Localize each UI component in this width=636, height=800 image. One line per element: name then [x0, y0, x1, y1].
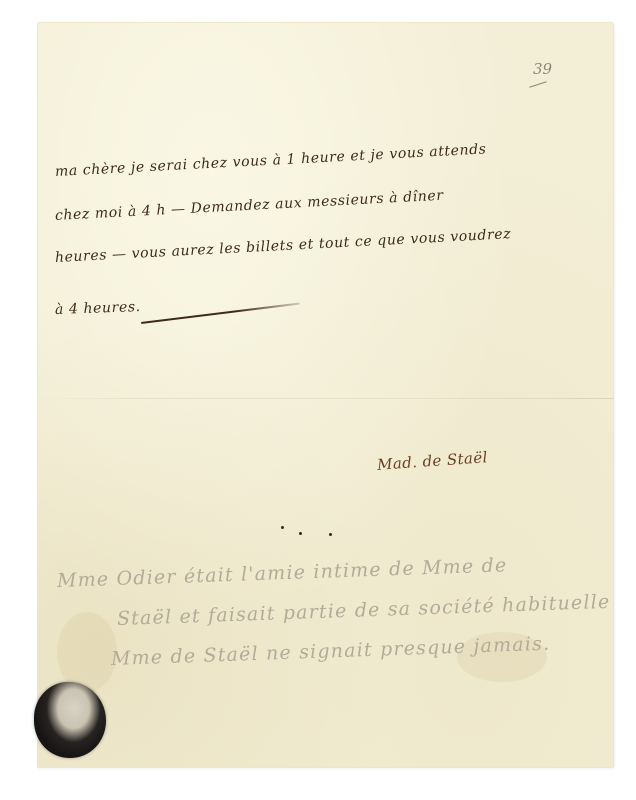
closing-flourish [141, 303, 300, 324]
wax-seal-remnant [34, 682, 106, 758]
ink-dot [299, 532, 302, 535]
paper-fold-line [37, 398, 614, 399]
letter-line-2: chez moi à 4 h — Demandez aux messieurs … [55, 188, 444, 224]
signature: Mad. de Staël [377, 448, 489, 474]
letter-line-1: ma chère je serai chez vous à 1 heure et… [55, 141, 487, 180]
ink-dot [329, 533, 332, 536]
ink-dot [281, 526, 284, 529]
annotation-line-1: Mme Odier était l'amie intime de Mme de [57, 554, 508, 592]
paper-stain [57, 612, 117, 692]
annotation-line-2: Staël et faisait partie de sa société ha… [117, 591, 611, 630]
folio-underline [529, 81, 546, 88]
folio-number: 39 [533, 60, 552, 78]
letter-line-4: à 4 heures. [55, 299, 141, 318]
letter-line-3: heures — vous aurez les billets et tout … [55, 226, 512, 266]
letter-paper: 39 ma chère je serai chez vous à 1 heure… [37, 22, 614, 768]
